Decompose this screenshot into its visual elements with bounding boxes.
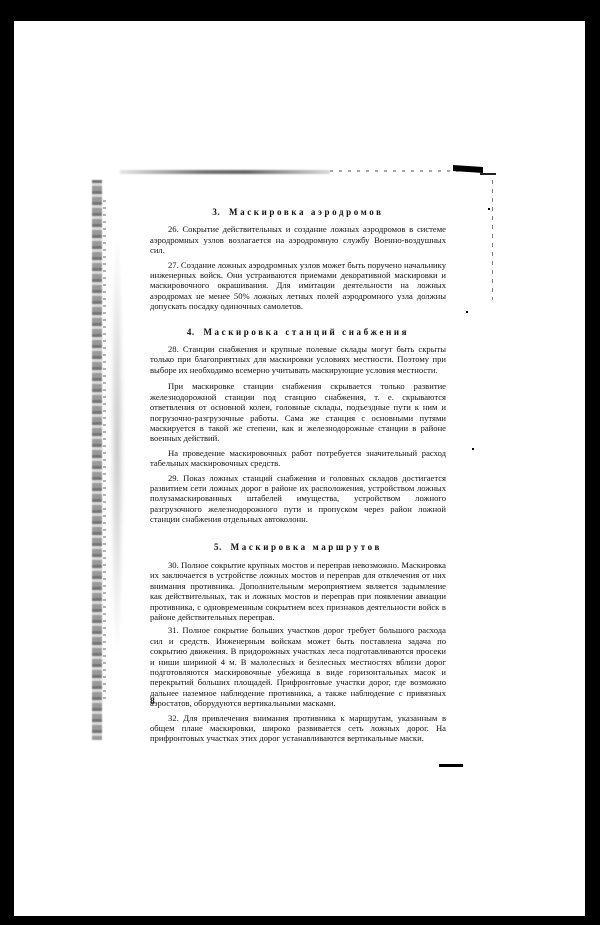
section-title: Маскировка станций снабжения <box>203 327 409 337</box>
scan-artifact-top-dots <box>330 170 460 172</box>
scan-artifact-dot <box>472 448 474 450</box>
paragraph: На проведение маскировочных работ потреб… <box>150 448 446 469</box>
section-number: 3. <box>212 207 220 217</box>
section-title: Маскировка аэродромов <box>229 207 384 217</box>
scan-artifact-dot <box>488 208 490 210</box>
scan-artifact-right-line <box>492 180 493 300</box>
section-heading: 4. Маскировка станций снабжения <box>150 327 446 337</box>
page-number: 8 <box>150 697 155 707</box>
paragraph: 32. Для привлечения внимания противника … <box>150 713 446 744</box>
document-body: 3. Маскировка аэродромов 26. Сокрытие де… <box>150 207 446 744</box>
paragraph: 28. Станции снабжения и крупные полевые … <box>150 344 446 375</box>
paragraph: 31. Полное сокрытие больших участков дор… <box>150 625 446 708</box>
paragraph: 27. Создание ложных аэродромных узлов мо… <box>150 260 446 312</box>
paragraph: 30. Полное сокрытие крупных мостов и пер… <box>150 560 446 622</box>
paragraph: 29. Показ ложных станций снабжения и гол… <box>150 473 446 525</box>
scan-artifact-left-shadow <box>110 230 124 660</box>
section-number: 4. <box>187 327 195 337</box>
paragraph: При маскировке станции снабжения скрывае… <box>150 381 446 443</box>
scan-artifact-left-edge <box>92 180 102 740</box>
scan-artifact-top-smear <box>120 170 330 174</box>
scan-artifact-left-dots <box>103 200 106 700</box>
paragraph: 26. Сокрытие действительных и создание л… <box>150 224 446 255</box>
scan-artifact-bottom-mark <box>439 764 463 767</box>
scan-artifact-top-right-tail <box>480 173 496 175</box>
scan-artifact-dot <box>466 311 468 313</box>
section-title: Маскировка маршрутов <box>231 542 382 552</box>
section-number: 5. <box>214 542 222 552</box>
section-heading: 3. Маскировка аэродромов <box>150 207 446 217</box>
section-heading: 5. Маскировка маршрутов <box>150 542 446 552</box>
